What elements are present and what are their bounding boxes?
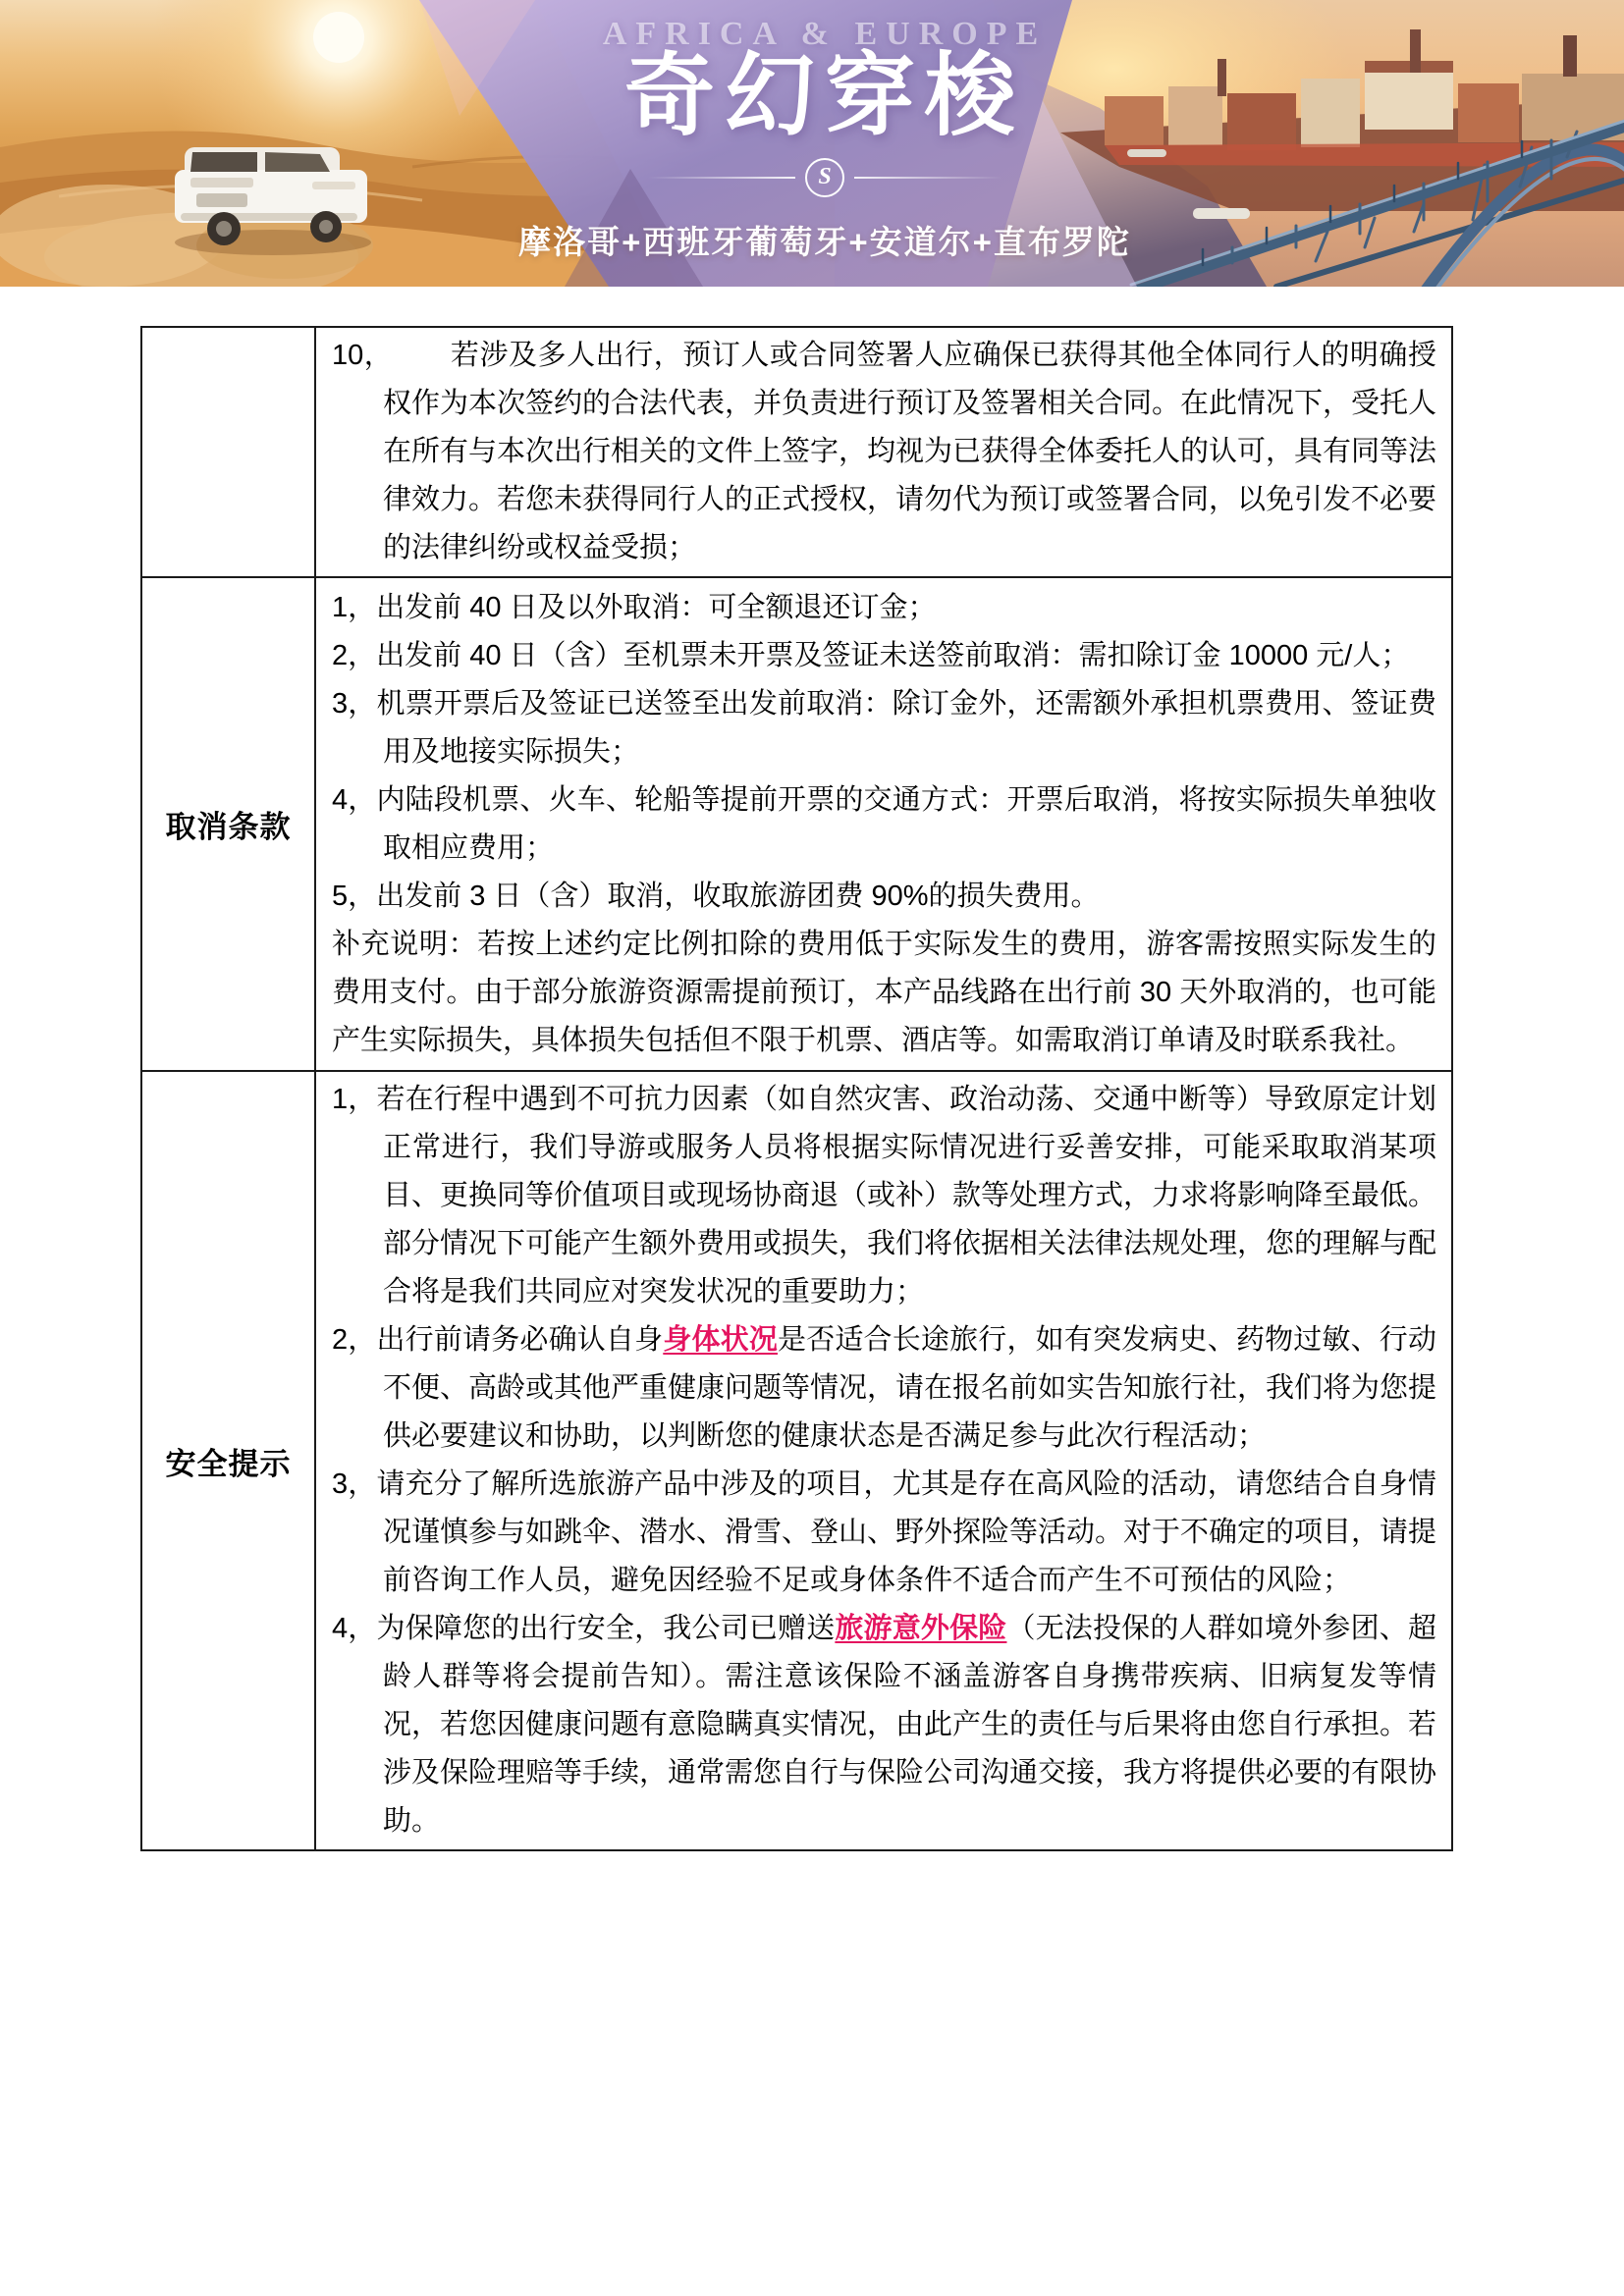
clause-number: 10， (332, 340, 393, 371)
clause-text: 出发前 40 日（含）至机票未开票及签证未送签前取消：需扣除订金 10000 元… (376, 640, 1409, 671)
clause-number: 3， (332, 1468, 377, 1500)
clause-number: 5， (332, 881, 376, 912)
clause-text: 为保障您的出行安全，我公司已赠送 (377, 1613, 836, 1644)
banner-logo-row: S (393, 157, 1257, 198)
logo-divider-left (648, 177, 795, 179)
cancellation-supplement-note: 补充说明：若按上述约定比例扣除的费用低于实际发生的费用，游客需按照实际发生的费用… (332, 921, 1436, 1065)
clause-number: 4， (332, 1613, 377, 1644)
row-label-safety-tips: 安全提示 (141, 1071, 315, 1850)
clause-number: 2， (332, 640, 376, 671)
clause-text: 若在行程中遇到不可抗力因素（如自然灾害、政治动荡、交通中断等）导致原定计划正常进… (377, 1084, 1437, 1308)
clause-text: 请充分了解所选旅游产品中涉及的项目，尤其是存在高风险的活动，请您结合自身情况谨慎… (377, 1468, 1437, 1596)
safety-item-1: 1，若在行程中遇到不可抗力因素（如自然灾害、政治动荡、交通中断等）导致原定计划正… (332, 1076, 1436, 1316)
clause-number: 1， (332, 592, 376, 623)
banner-title: 奇幻穿梭 (393, 51, 1257, 143)
table-row-safety-tips: 安全提示 1，若在行程中遇到不可抗力因素（如自然灾害、政治动荡、交通中断等）导致… (141, 1071, 1452, 1850)
travel-terms-document-page: { "banner": { "category_label": "AFRICA … (0, 0, 1624, 2296)
safety-item-2: 2，出行前请务必确认自身身体状况是否适合长途旅行，如有突发病史、药物过敏、行动不… (332, 1316, 1436, 1461)
cancellation-item-5: 5，出发前 3 日（含）取消，收取旅游团费 90%的损失费用。 (332, 873, 1436, 921)
clause-number: 4， (332, 784, 377, 816)
clause-number: 1， (332, 1084, 377, 1115)
clause-text: 内陆段机票、火车、轮船等提前开票的交通方式：开票后取消，将按实际损失单独收取相应… (377, 784, 1437, 864)
clause-item-10: 10，若涉及多人出行，预订人或合同签署人应确保已获得其他全体同行人的明确授权作为… (332, 332, 1436, 572)
brand-logo-icon: S (805, 158, 844, 197)
continuation-cell: 10，若涉及多人出行，预订人或合同签署人应确保已获得其他全体同行人的明确授权作为… (315, 327, 1452, 577)
clause-text: 出行前请务必确认自身 (377, 1324, 664, 1356)
hero-banner: AFRICA & EUROPE 奇幻穿梭 S 摩洛哥+西班牙葡萄牙+安道尔+直布… (0, 0, 1624, 287)
travel-insurance-link[interactable]: 旅游意外保险 (835, 1613, 1006, 1644)
clause-text: （无法投保的人群如境外参团、超龄人群等将会提前告知）。需注意该保险不涵盖游客自身… (383, 1613, 1436, 1837)
safety-tips-cell: 1，若在行程中遇到不可抗力因素（如自然灾害、政治动荡、交通中断等）导致原定计划正… (315, 1071, 1452, 1850)
cancellation-item-2: 2，出发前 40 日（含）至机票未开票及签证未送签前取消：需扣除订金 10000… (332, 632, 1436, 680)
safety-item-4: 4，为保障您的出行安全，我公司已赠送旅游意外保险（无法投保的人群如境外参团、超龄… (332, 1605, 1436, 1845)
table-row-continuation: 10，若涉及多人出行，预订人或合同签署人应确保已获得其他全体同行人的明确授权作为… (141, 327, 1452, 577)
cancellation-terms-cell: 1，出发前 40 日及以外取消：可全额退还订金； 2，出发前 40 日（含）至机… (315, 577, 1452, 1071)
table-row-cancellation-terms: 取消条款 1，出发前 40 日及以外取消：可全额退还订金； 2，出发前 40 日… (141, 577, 1452, 1071)
row-label-empty (141, 327, 315, 577)
banner-text-block: AFRICA & EUROPE 奇幻穿梭 S 摩洛哥+西班牙葡萄牙+安道尔+直布… (393, 0, 1257, 287)
clause-text: 出发前 40 日及以外取消：可全额退还订金； (376, 592, 936, 623)
logo-divider-right (854, 177, 1001, 179)
safety-item-3: 3，请充分了解所选旅游产品中涉及的项目，尤其是存在高风险的活动，请您结合自身情况… (332, 1461, 1436, 1605)
clause-text: 机票开票后及签证已送签至出发前取消：除订金外，还需额外承担机票费用、签证费用及地… (377, 688, 1437, 768)
clause-text: 若涉及多人出行，预订人或合同签署人应确保已获得其他全体同行人的明确授权作为本次签… (383, 340, 1436, 563)
clause-number: 2， (332, 1324, 377, 1356)
cancellation-item-1: 1，出发前 40 日及以外取消：可全额退还订金； (332, 584, 1436, 632)
clause-number: 3， (332, 688, 377, 720)
clause-text: 出发前 3 日（含）取消，收取旅游团费 90%的损失费用。 (376, 881, 1099, 912)
banner-subtitle: 摩洛哥+西班牙葡萄牙+安道尔+直布罗陀 (393, 217, 1257, 263)
health-condition-link[interactable]: 身体状况 (663, 1324, 778, 1356)
row-label-cancellation-terms: 取消条款 (141, 577, 315, 1071)
terms-table: 10，若涉及多人出行，预订人或合同签署人应确保已获得其他全体同行人的明确授权作为… (140, 326, 1453, 1851)
cancellation-item-3: 3，机票开票后及签证已送签至出发前取消：除订金外，还需额外承担机票费用、签证费用… (332, 680, 1436, 776)
cancellation-item-4: 4，内陆段机票、火车、轮船等提前开票的交通方式：开票后取消，将按实际损失单独收取… (332, 776, 1436, 873)
